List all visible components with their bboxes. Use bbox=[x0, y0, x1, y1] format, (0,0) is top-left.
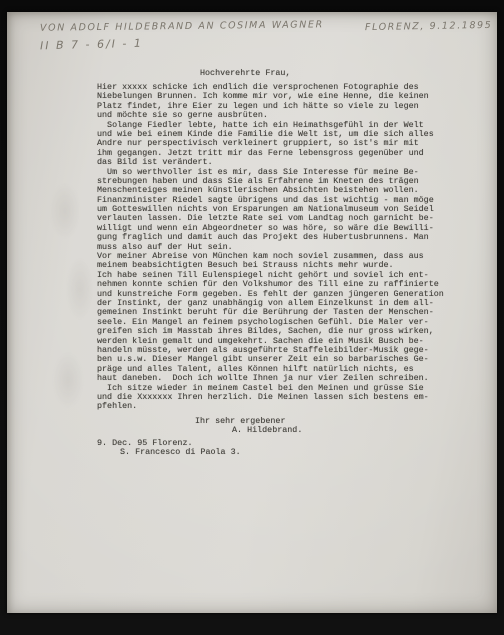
letter-paper: VON ADOLF HILDEBRAND AN COSIMA WAGNER FL… bbox=[7, 12, 497, 613]
annotation-archive-ref: II B 7 - 6/I - 1 bbox=[40, 37, 143, 53]
letter-body-line: pfehlen. bbox=[97, 402, 444, 411]
letter-signature: A. Hildebrand. bbox=[232, 425, 302, 435]
letter-footer-address: S. Francesco di Paola 3. bbox=[120, 447, 241, 457]
scanner-background: VON ADOLF HILDEBRAND AN COSIMA WAGNER FL… bbox=[0, 0, 504, 635]
letter-body: Hier xxxxx schicke ich endlich die versp… bbox=[97, 83, 444, 412]
annotation-provenance: VON ADOLF HILDEBRAND AN COSIMA WAGNER bbox=[40, 19, 324, 33]
annotation-place-date: FLORENZ, 9.12.1895 bbox=[365, 20, 493, 33]
letter-body-line: und die Xxxxxxx Ihren herzlich. Die Mein… bbox=[97, 393, 444, 402]
letter-salutation: Hochverehrte Frau, bbox=[200, 68, 290, 78]
